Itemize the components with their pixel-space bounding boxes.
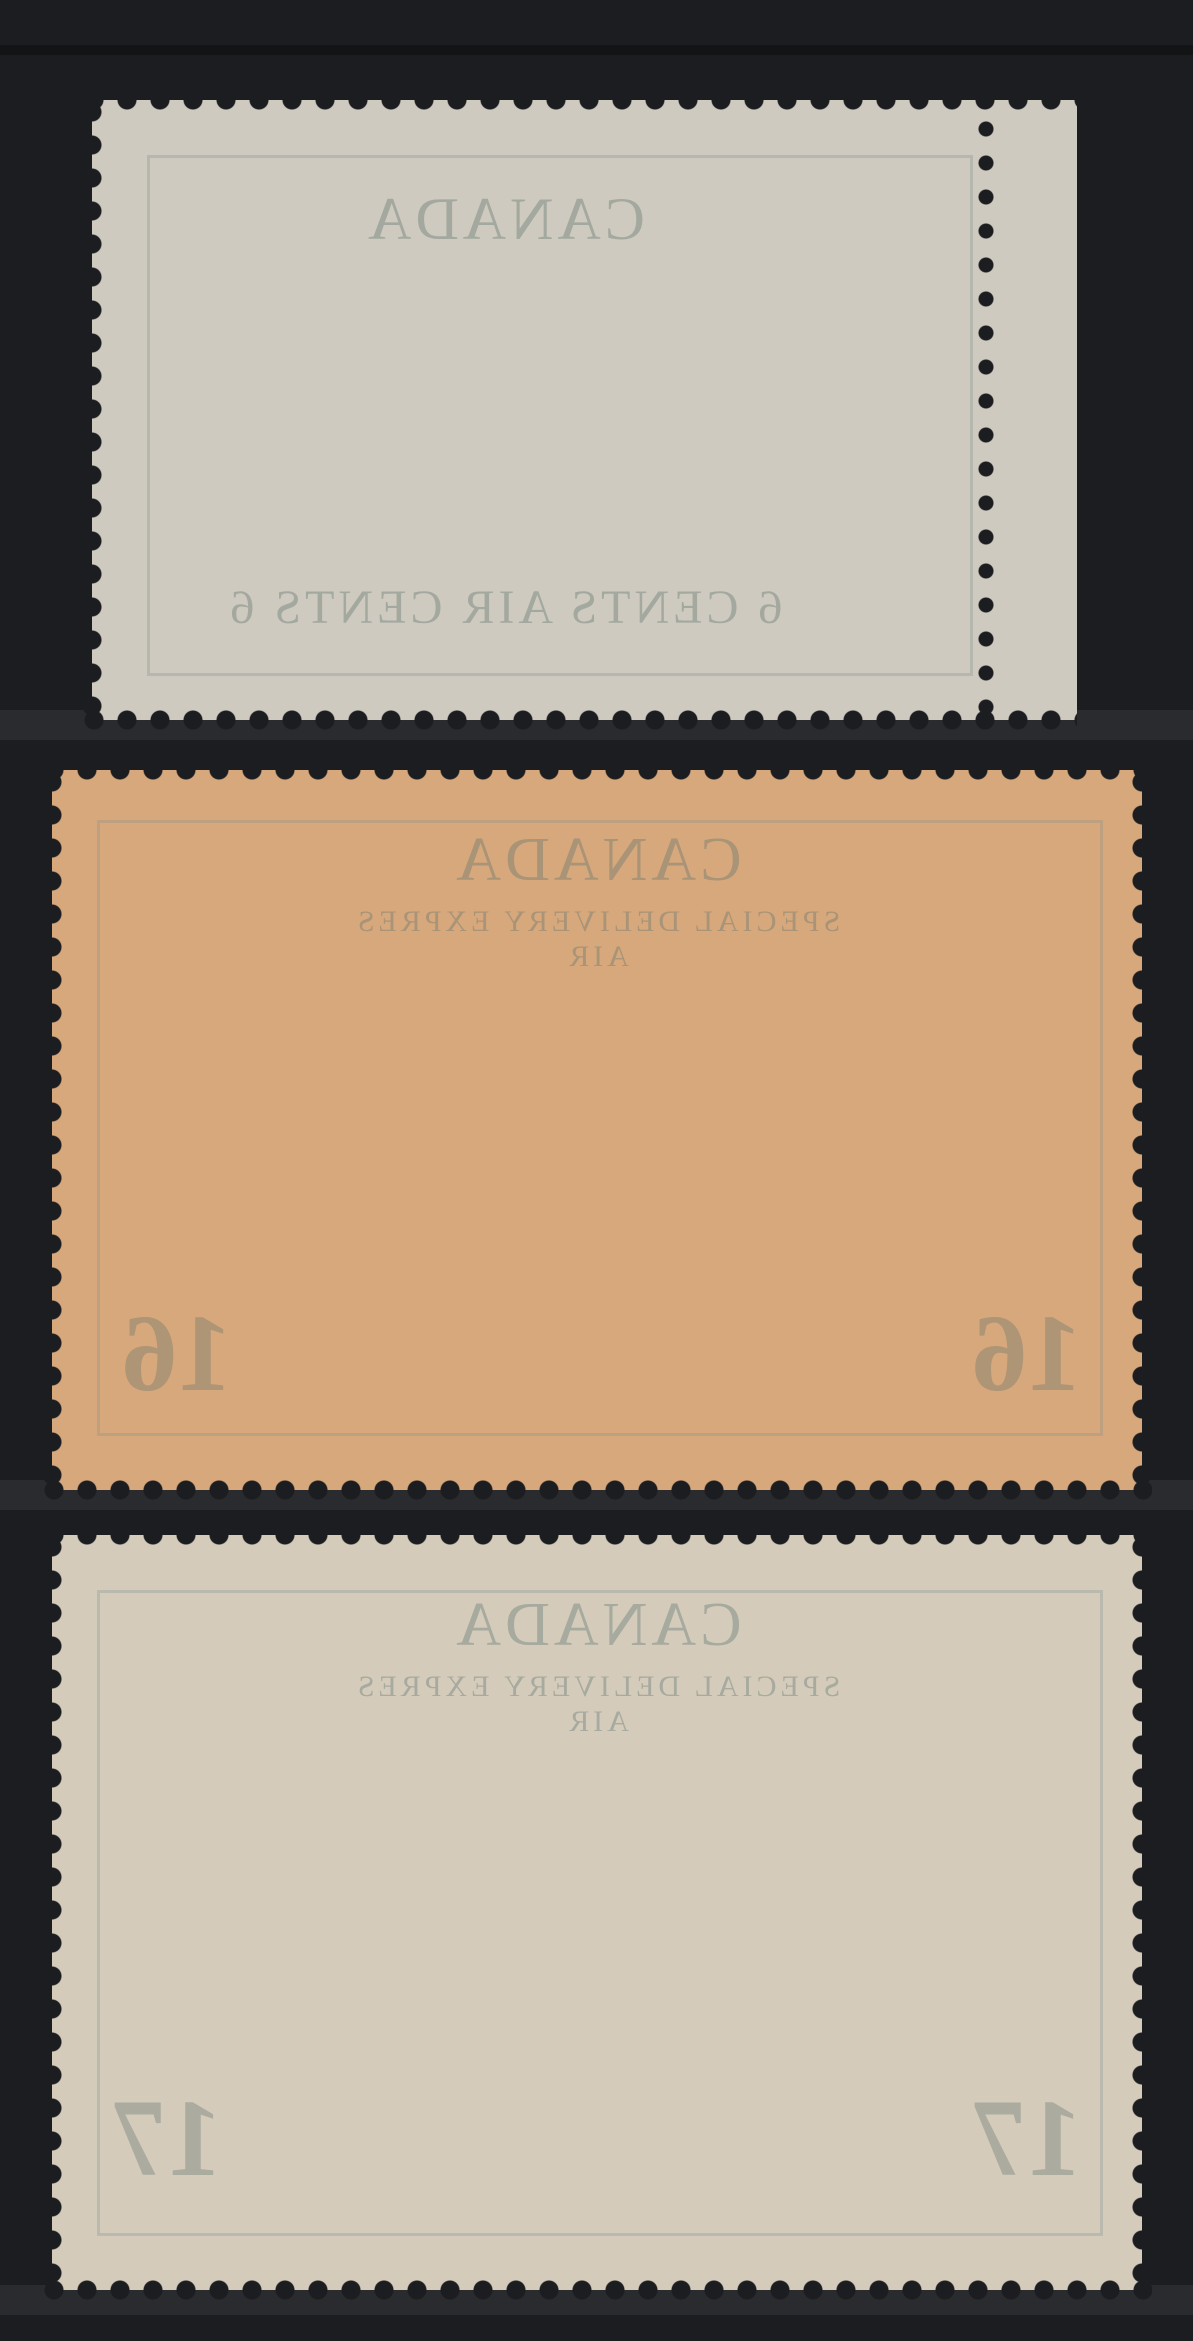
perforations-left — [40, 770, 64, 1490]
perforations-bottom — [42, 2278, 1152, 2302]
line2-text: SPECIAL DELIVERY EXPRES — [52, 1670, 1142, 1704]
country-text: CANADA — [52, 1590, 1142, 1661]
stock-strip-top — [0, 45, 1193, 55]
stamp-17-cent: CANADA SPECIAL DELIVERY EXPRES AIR 17 17 — [52, 1535, 1142, 2290]
line3-text: AIR — [52, 940, 1142, 974]
value-left: 16 — [122, 1290, 232, 1417]
stamp-16-cent: CANADA SPECIAL DELIVERY EXPRES AIR 16 16 — [52, 770, 1142, 1490]
line2-text: SPECIAL DELIVERY EXPRES — [52, 905, 1142, 939]
line3-text: AIR — [52, 1705, 1142, 1739]
country-text: CANADA — [52, 825, 1142, 896]
value-left: 17 — [112, 2075, 222, 2202]
perforations-left — [80, 100, 104, 720]
perforations-top — [42, 758, 1152, 782]
stamp-6-cent: CANADA 6 CENTS AIR CENTS 6 — [92, 100, 1077, 720]
perforations-right — [1130, 1535, 1154, 2290]
perforations-bottom — [42, 1478, 1152, 1502]
perforations-top — [82, 88, 1077, 112]
perforations-bottom — [82, 708, 1077, 732]
perforations-right — [1130, 770, 1154, 1490]
bottom-text: 6 CENTS AIR CENTS 6 — [12, 580, 997, 635]
perforations-left — [40, 1535, 64, 2290]
value-right: 17 — [972, 2075, 1082, 2202]
value-right: 16 — [972, 1290, 1082, 1417]
selvage-perforations — [977, 120, 995, 720]
perforations-top — [42, 1523, 1152, 1547]
country-text: CANADA — [12, 185, 997, 254]
